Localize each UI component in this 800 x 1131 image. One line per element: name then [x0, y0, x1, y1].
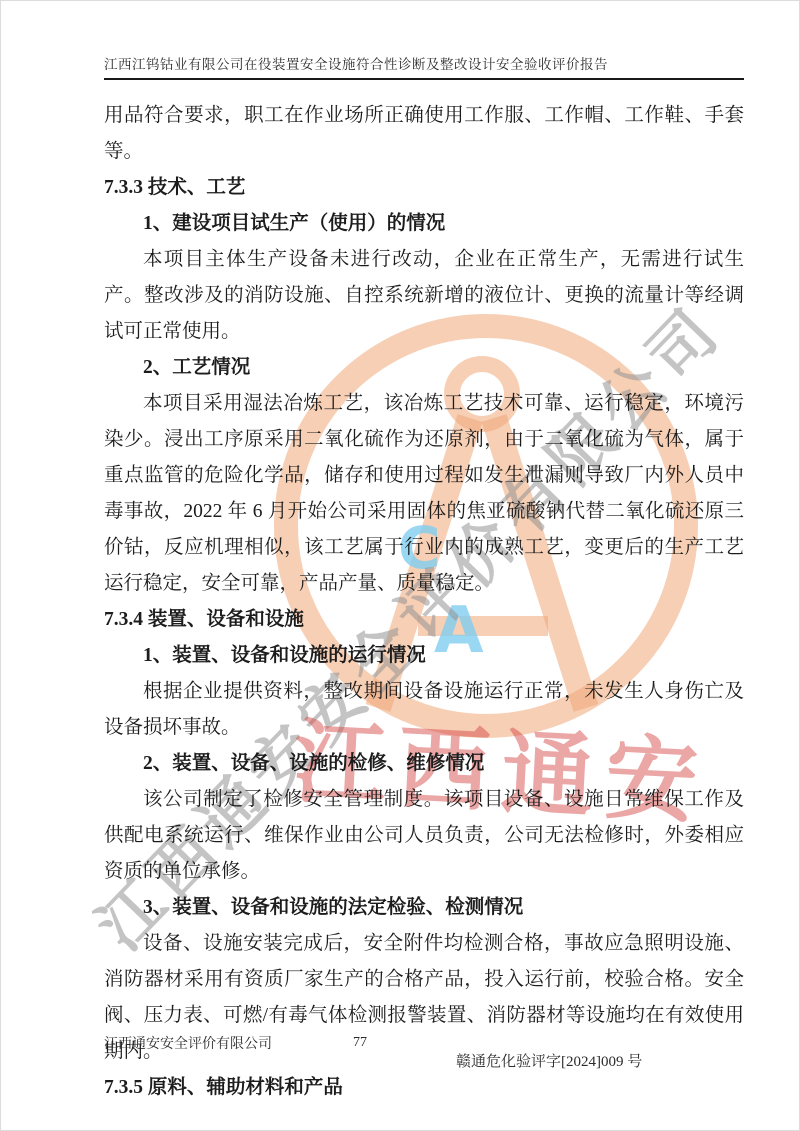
- report-page: C A 江西通安安全评价有限公司 江西通安 江西江钨钴业有限公司在役装置安全设施…: [0, 0, 800, 1131]
- page-header-title: 江西江钨钴业有限公司在役装置安全设施符合性诊断及整改设计安全验收评价报告: [104, 56, 749, 74]
- section-heading: 7.3.5 原料、辅助材料和产品: [104, 1070, 744, 1106]
- sub-heading: 2、工艺情况: [104, 350, 744, 386]
- sub-heading: 1、装置、设备和设施的运行情况: [104, 638, 744, 674]
- paragraph: 本项目主体生产设备未进行改动，企业在正常生产，无需进行试生产。整改涉及的消防设施…: [104, 242, 744, 350]
- footer-document-number: 赣通危化验评字[2024]009 号: [456, 1050, 642, 1071]
- sub-heading: 2、装置、设备、设施的检修、维修情况: [104, 746, 744, 782]
- footer-page-number: 77: [353, 1035, 367, 1051]
- header-rule: [104, 78, 744, 80]
- section-heading: 7.3.3 技术、工艺: [104, 170, 744, 206]
- paragraph: 根据企业提供资料，整改期间设备设施运行正常，未发生人身伤亡及 设备损坏事故。: [104, 674, 744, 746]
- section-heading: 7.3.4 装置、设备和设施: [104, 602, 744, 638]
- footer-company-name: 江西通安安全评价有限公司: [104, 1033, 272, 1053]
- sub-heading: 3、装置、设备和设施的法定检验、检测情况: [104, 890, 744, 926]
- sub-heading: 1、建设项目试生产（使用）的情况: [104, 206, 744, 242]
- paragraph: 该公司制定了检修安全管理制度。该项目设备、设施日常维保工作及 供配电系统运行、维…: [104, 782, 744, 890]
- document-body: 用品符合要求，职工在作业场所正确使用工作服、工作帽、工作鞋、手套等。7.3.3 …: [104, 98, 744, 1106]
- paragraph-continuation: 用品符合要求，职工在作业场所正确使用工作服、工作帽、工作鞋、手套等。: [104, 98, 744, 170]
- paragraph: 本项目采用湿法冶炼工艺，该冶炼工艺技术可靠、运行稳定，环境污染少。浸出工序原采用…: [104, 386, 744, 602]
